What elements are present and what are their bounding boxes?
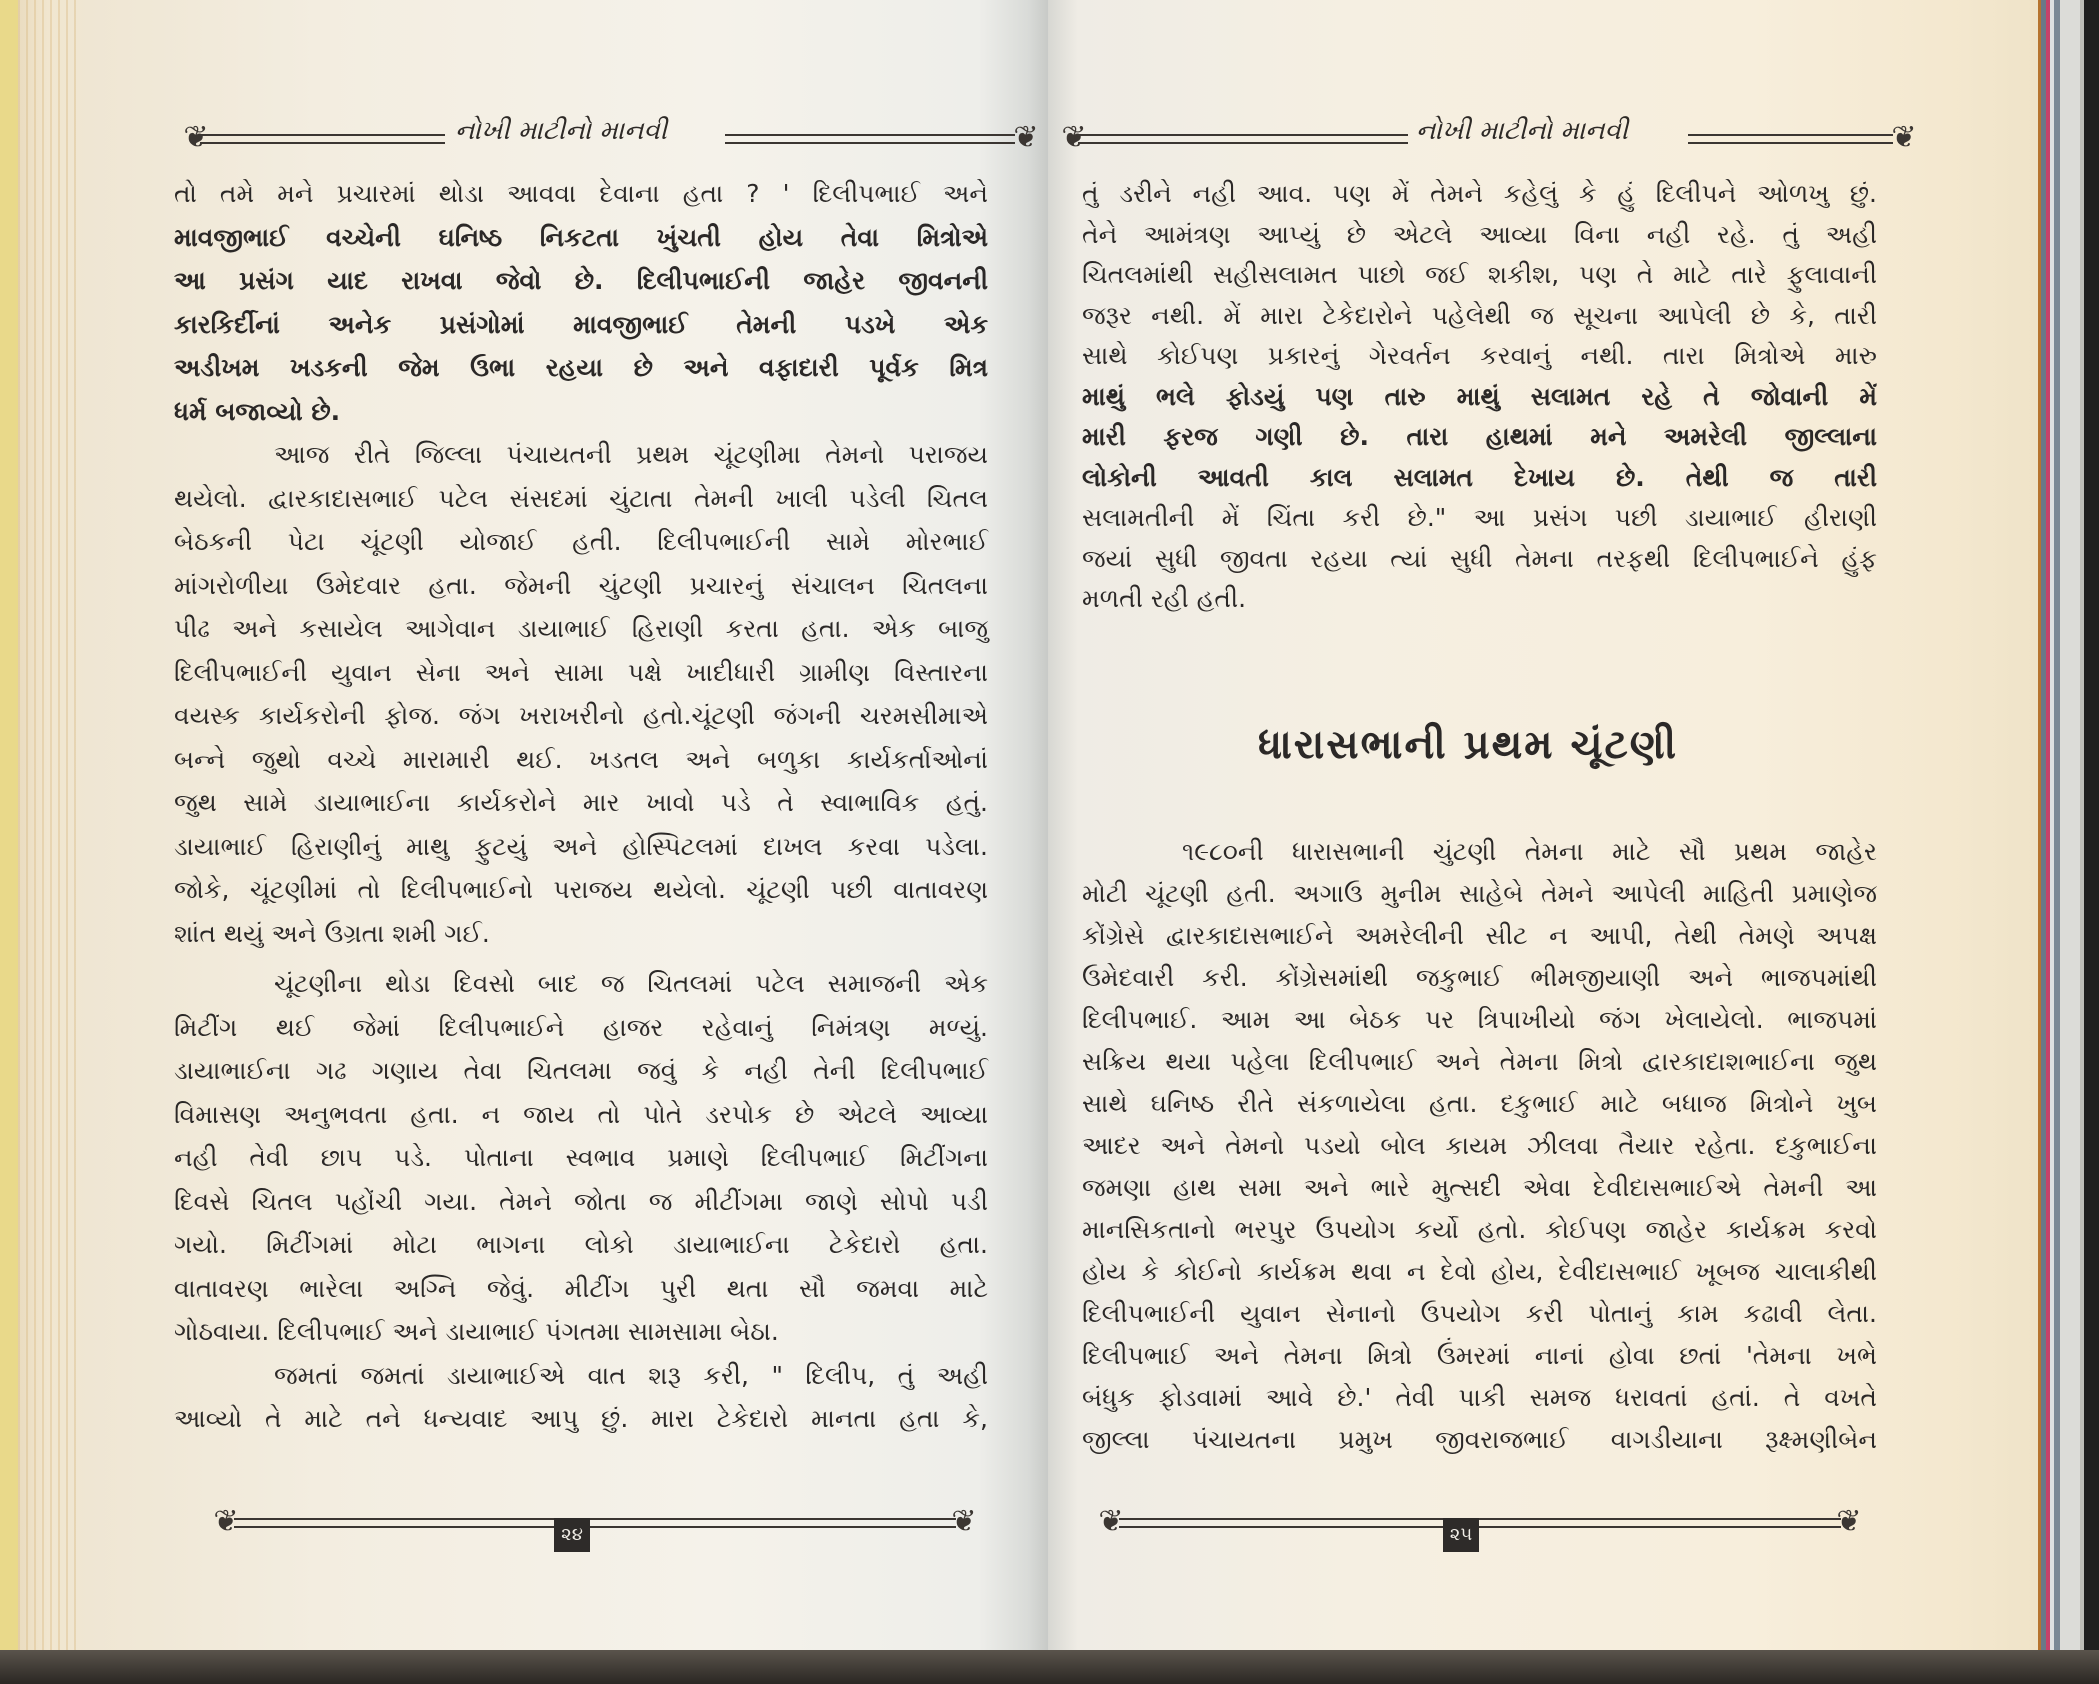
text-line: આવ્યો તે માટે તને ધન્યવાદ આપુ છું. મારા … [174, 1399, 988, 1439]
page-stack-edges [18, 0, 78, 1650]
text-line: તું ડરીને નહી આવ. પણ મેં તેમને કહેલું કે… [1082, 174, 1877, 214]
text-line: બંધુક ફોડવામાં આવે છે.' તેવી પાકી સમજ ધર… [1082, 1378, 1877, 1418]
text-line: મોટી ચૂંટણી હતી. અગાઉ મુનીમ સાહેબે તેમને… [1082, 874, 1877, 914]
text-line: કારકિર્દીનાં અનેક પ્રસંગોમાં માવજીભાઈ તે… [174, 305, 988, 345]
text-line: ૧૯૮૦ની ધારાસભાની ચુંટણી તેમના માટે સૌ પ્… [1082, 832, 1877, 872]
text-line: વિમાસણ અનુભવતા હતા. ન જાય તો પોતે ડરપોક … [174, 1095, 988, 1135]
text-line: ગોઠવાયા. દિલીપભાઈ અને ડાયાભાઈ પંગતમા સામ… [174, 1312, 988, 1352]
text-line: હોય કે કોઈનો કાર્યક્રમ થવા ન દેવો હોય, દ… [1082, 1252, 1877, 1292]
text-line: પીઢ અને કસાયેલ આગેવાન ડાયાભાઈ હિરાણી કરત… [174, 609, 988, 649]
text-line: મારી ફરજ ગણી છે. તારા હાથમાં મને અમરેલી … [1082, 417, 1877, 457]
text-line: જયાં સુધી જીવતા રહયા ત્યાં સુધી તેમના તર… [1082, 539, 1877, 579]
right-page-body-top: તું ડરીને નહી આવ. પણ મેં તેમને કહેલું કે… [1082, 174, 1877, 654]
text-line: સાથે કોઈપણ પ્રકારનું ગેરવર્તન કરવાનું નથ… [1082, 336, 1877, 376]
text-line: ડાયાભાઈના ગઢ ગણાય તેવા ચિતલમા જવું કે નહ… [174, 1051, 988, 1091]
leaf-ornament-icon: ❦ [210, 1506, 242, 1538]
left-page-header: નોખી માટીનો માનવી ❦ ❦ [180, 114, 1040, 154]
text-line: ઉમેદવારી કરી. કોંગ્રેસમાંથી જકુભાઈ ભીમજી… [1082, 958, 1877, 998]
right-page-header: નોખી માટીનો માનવી ❦ ❦ [1058, 114, 1918, 154]
book-cover-edge [0, 0, 18, 1684]
page-number: ૨૪ [554, 1518, 590, 1552]
text-line: નહી તેવી છાપ પડે. પોતાના સ્વભાવ પ્રમાણે … [174, 1138, 988, 1178]
text-line: સલામતીની મેં ચિંતા કરી છે." આ પ્રસંગ પછી… [1082, 498, 1877, 538]
book-bottom-shadow [0, 1650, 2099, 1684]
leaf-ornament-icon: ❦ [1095, 1506, 1127, 1538]
leaf-ornament-icon: ❦ [1833, 1506, 1865, 1538]
text-line: દિલીપભાઈ અને તેમના મિત્રો ઉંમરમાં નાનાં … [1082, 1336, 1877, 1376]
text-line: દિલીપભાઈની યુવાન સેના અને સામા પક્ષે ખાદ… [174, 653, 988, 693]
leaf-ornament-icon: ❦ [1888, 122, 1920, 154]
running-title: નોખી માટીનો માનવી [455, 116, 667, 147]
text-line: જોકે, ચૂંટણીમાં તો દિલીપભાઈનો પરાજય થયેલ… [174, 870, 988, 910]
footer-rule [234, 1518, 956, 1528]
page-number: ૨૫ [1443, 1518, 1479, 1552]
text-line: ડાયાભાઈ હિરાણીનું માથુ ફુટયું અને હોસ્પિ… [174, 827, 988, 867]
text-line: વાતાવરણ ભારેલા અગ્નિ જેવું. મીટીંગ પુરી … [174, 1269, 988, 1309]
text-line: સક્રિય થયા પહેલા દિલીપભાઈ અને તેમના મિત્… [1082, 1042, 1877, 1082]
header-rule [1078, 134, 1408, 144]
header-rule [725, 134, 1015, 144]
text-line: લોકોની આવતી કાલ સલામત દેખાય છે. તેથી જ ત… [1082, 458, 1877, 498]
footer-rule [1119, 1518, 1841, 1528]
text-line: બન્ને જુથો વચ્ચે મારામારી થઈ. ખડતલ અને બ… [174, 740, 988, 780]
text-line: જમતાં જમતાં ડાયાભાઈએ વાત શરૂ કરી, " દિલી… [174, 1356, 988, 1396]
right-page-body-bottom: ૧૯૮૦ની ધારાસભાની ચુંટણી તેમના માટે સૌ પ્… [1082, 832, 1877, 1472]
leaf-ornament-icon: ❦ [948, 1506, 980, 1538]
text-line: વયસ્ક કાર્યકરોની ફોજ. જંગ ખરાખરીનો હતો.ચ… [174, 696, 988, 736]
running-title: નોખી માટીનો માનવી [1416, 116, 1628, 147]
text-line: કોંગ્રેસે દ્વારકાદાસભાઈને અમરેલીની સીટ ન… [1082, 916, 1877, 956]
text-line: માનસિકતાનો ભરપુર ઉપયોગ કર્યો હતો. કોઈપણ … [1082, 1210, 1877, 1250]
text-line: ચિતલમાંથી સહીસલામત પાછો જઈ શકીશ, પણ તે મ… [1082, 255, 1877, 295]
text-line: દિવસે ચિતલ પહોંચી ગયા. તેમને જોતા જ મીટી… [174, 1182, 988, 1222]
header-rule [200, 134, 445, 144]
text-line: મળતી રહી હતી. [1082, 579, 1877, 619]
text-line: દિલીપભાઈ. આમ આ બેઠક પર ત્રિપાખીયો જંગ ખે… [1082, 1000, 1877, 1040]
text-line: માવજીભાઈ વચ્ચેની ઘનિષ્ઠ નિકટતા ખુંચતી હો… [174, 218, 988, 258]
text-line: આજ રીતે જિલ્લા પંચાયતની પ્રથમ ચૂંટણીમા ત… [174, 435, 988, 475]
text-line: આ પ્રસંગ યાદ રાખવા જેવો છે. દિલીપભાઈની જ… [174, 261, 988, 301]
text-line: શાંત થયું અને ઉગ્રતા શમી ગઈ. [174, 914, 988, 954]
header-rule [1688, 134, 1893, 144]
leaf-ornament-icon: ❦ [1010, 122, 1042, 154]
text-line: દિલીપભાઈની યુવાન સેનાનો ઉપયોગ કરી પોતાનુ… [1082, 1294, 1877, 1334]
right-page-footer: ❦ ❦ ૨૫ [1095, 1500, 1865, 1550]
text-line: ચૂંટણીના થોડા દિવસો બાદ જ ચિતલમાં પટેલ સ… [174, 964, 988, 1004]
text-line: જીલ્લા પંચાયતના પ્રમુખ જીવરાજભાઈ વાગડીયા… [1082, 1420, 1877, 1460]
page-stack-edges-right [2038, 0, 2099, 1684]
text-line: થયેલો. દ્વારકાદાસભાઈ પટેલ સંસદમાં ચુંટાત… [174, 479, 988, 519]
text-line: મિટીંગ થઈ જેમાં દિલીપભાઈને હાજર રહેવાનું… [174, 1008, 988, 1048]
leaf-ornament-icon: ❦ [180, 122, 212, 154]
text-line: જુથ સામે ડાયાભાઈના કાર્યકરોને માર ખાવો પ… [174, 783, 988, 823]
text-line: અડીખમ ખડકની જેમ ઉભા રહયા છે અને વફાદારી … [174, 348, 988, 388]
text-line: માથું ભલે ફોડયું પણ તારુ માથું સલામત રહે… [1082, 377, 1877, 417]
text-line: તો તમે મને પ્રચારમાં થોડા આવવા દેવાના હત… [174, 174, 988, 214]
text-line: જમણા હાથ સમા અને ભારે મુત્સદી એવા દેવીદા… [1082, 1168, 1877, 1208]
text-line: ધર્મ બજાવ્યો છે. [174, 392, 988, 432]
text-line: આદર અને તેમનો પડયો બોલ કાયમ ઝીલવા તૈયાર … [1082, 1126, 1877, 1166]
text-line: ગયો. મિટીંગમાં મોટા ભાગના લોકો ડાયાભાઈના… [174, 1225, 988, 1265]
leaf-ornament-icon: ❦ [1058, 122, 1090, 154]
section-heading: ધારાસભાની પ્રથમ ચૂંટણી [1258, 722, 1678, 768]
left-page-footer: ❦ ❦ ૨૪ [210, 1500, 980, 1550]
text-line: જરૂર નથી. મેં મારા ટેકેદારોને પહેલેથી જ … [1082, 296, 1877, 336]
text-line: માંગરોળીયા ઉમેદવાર હતા. જેમની ચુંટણી પ્ર… [174, 566, 988, 606]
text-line: સાથે ઘનિષ્ઠ રીતે સંકળાયેલા હતા. દકુભાઈ મ… [1082, 1084, 1877, 1124]
text-line: બેઠકની પેટા ચૂંટણી યોજાઈ હતી. દિલીપભાઈની… [174, 522, 988, 562]
left-page-body: તો તમે મને પ્રચારમાં થોડા આવવા દેવાના હત… [174, 174, 988, 1494]
text-line: તેને આમંત્રણ આપ્યું છે એટલે આવ્યા વિના ન… [1082, 215, 1877, 255]
